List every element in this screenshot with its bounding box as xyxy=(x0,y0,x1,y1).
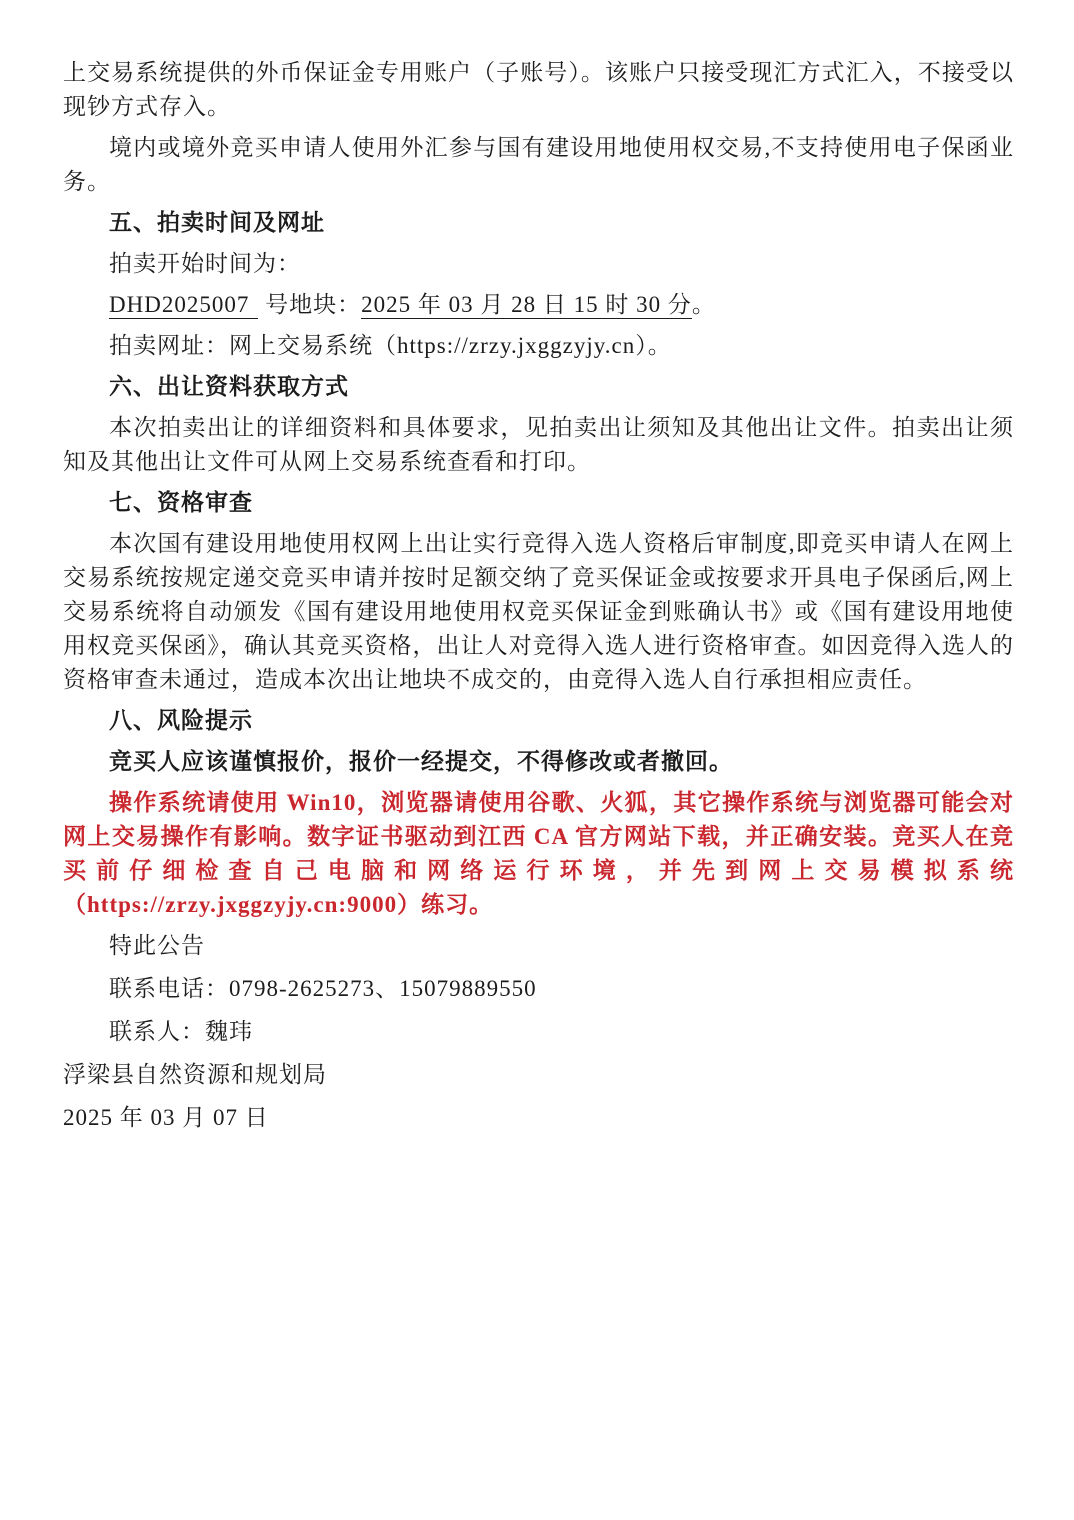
sentence-period: 。 xyxy=(692,292,716,317)
issue-date: 2025 年 03 月 07 日 xyxy=(63,1101,1014,1135)
auction-start-label: 拍卖开始时间为： xyxy=(63,247,1014,281)
forex-participation-paragraph: 境内或境外竞买申请人使用外汇参与国有建设用地使用权交易,不支持使用电子保函业务。 xyxy=(63,131,1014,199)
auction-datetime-line: DHD2025007 号地块：2025 年 03 月 28 日 15 时 30 … xyxy=(63,288,1014,322)
auction-website-line: 拍卖网址：网上交易系统（https://zrzy.jxggzyjy.cn）。 xyxy=(63,329,1014,363)
section-8-heading: 八、风险提示 xyxy=(63,704,1014,738)
parcel-label: 号地块： xyxy=(258,292,361,317)
contact-person-line: 联系人：魏玮 xyxy=(63,1015,1014,1049)
parcel-number: DHD2025007 xyxy=(109,292,258,319)
risk-warning-paragraph: 操作系统请使用 Win10，浏览器请使用谷歌、火狐，其它操作系统与浏览器可能会对… xyxy=(63,786,1014,922)
section-7-body: 本次国有建设用地使用权网上出让实行竞得入选人资格后审制度,即竞买申请人在网上交易… xyxy=(63,527,1014,697)
risk-warning-text: 操作系统请使用 Win10，浏览器请使用谷歌、火狐，其它操作系统与浏览器可能会对… xyxy=(63,790,1014,883)
section-6-body: 本次拍卖出让的详细资料和具体要求，见拍卖出让须知及其他出让文件。拍卖出让须知及其… xyxy=(63,411,1014,479)
document-page: 上交易系统提供的外币保证金专用账户（子账号）。该账户只接受现汇方式汇入，不接受以… xyxy=(0,0,1074,1520)
issuer-name: 浮梁县自然资源和规划局 xyxy=(63,1058,1014,1092)
bid-caution-notice: 竞买人应该谨慎报价，报价一经提交，不得修改或者撤回。 xyxy=(63,745,1014,779)
section-7-heading: 七、资格审查 xyxy=(63,486,1014,520)
section-5-heading: 五、拍卖时间及网址 xyxy=(63,206,1014,240)
contact-phone-line: 联系电话：0798-2625273、15079889550 xyxy=(63,972,1014,1006)
account-continuation-paragraph: 上交易系统提供的外币保证金专用账户（子账号）。该账户只接受现汇方式汇入，不接受以… xyxy=(63,56,1014,124)
closing-statement: 特此公告 xyxy=(63,929,1014,963)
section-6-heading: 六、出让资料获取方式 xyxy=(63,370,1014,404)
footer-block: 特此公告 联系电话：0798-2625273、15079889550 联系人：魏… xyxy=(63,929,1014,1135)
auction-datetime: 2025 年 03 月 28 日 15 时 30 分 xyxy=(361,292,692,319)
risk-warning-tail: 练习。 xyxy=(421,892,493,917)
simulation-system-url: （https://zrzy.jxggzyjy.cn:9000） xyxy=(63,892,421,917)
